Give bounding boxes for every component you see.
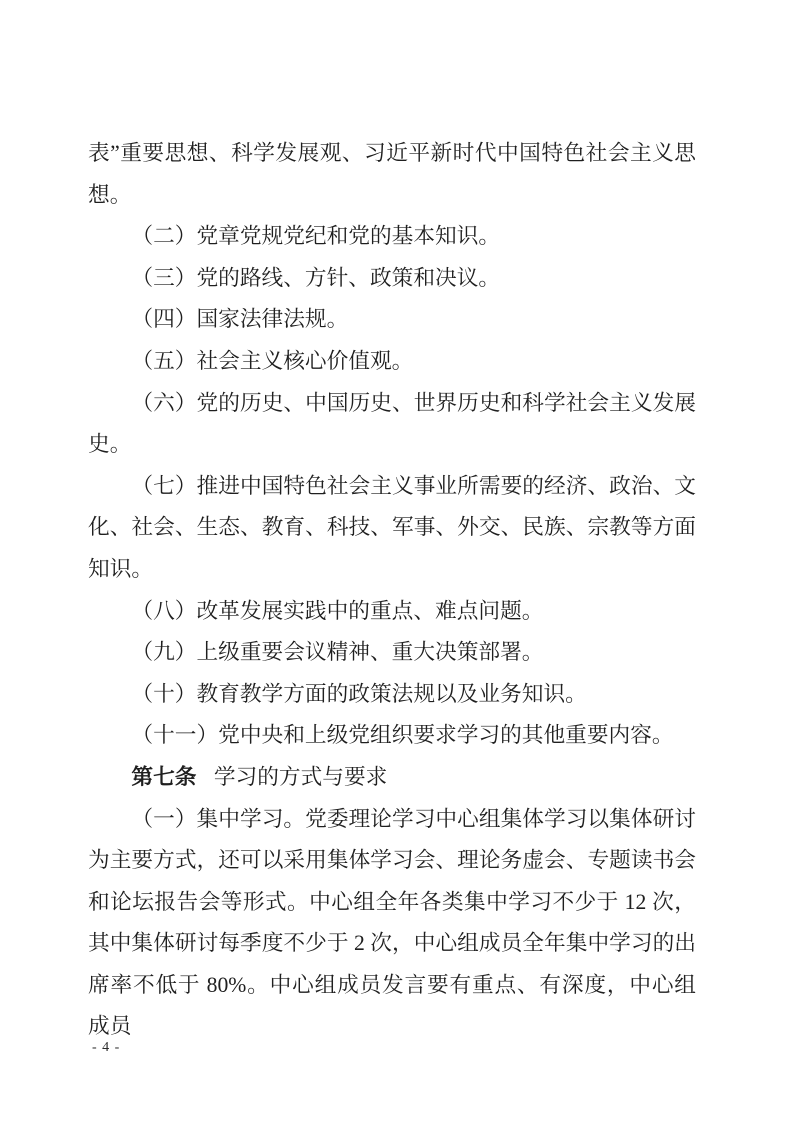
paragraph-item-6: （六）党的历史、中国历史、世界历史和科学社会主义发展史。 [88,383,696,466]
paragraph-item-5: （五）社会主义核心价值观。 [88,341,696,383]
paragraph-item-3: （三）党的路线、方针、政策和决议。 [88,258,696,300]
paragraph-continuation: 表”重要思想、科学发展观、习近平新时代中国特色社会主义思想。 [88,133,696,216]
document-content: 表”重要思想、科学发展观、习近平新时代中国特色社会主义思想。 （二）党章党规党纪… [88,133,696,1048]
paragraph-body: （一）集中学习。党委理论学习中心组集体学习以集体研讨为主要方式，还可以采用集体学… [88,799,696,1049]
document-page: 表”重要思想、科学发展观、习近平新时代中国特色社会主义思想。 （二）党章党规党纪… [0,0,793,1122]
paragraph-item-10: （十）教育教学方面的政策法规以及业务知识。 [88,674,696,716]
paragraph-item-11: （十一）党中央和上级党组织要求学习的其他重要内容。 [88,715,696,757]
paragraph-item-8: （八）改革发展实践中的重点、难点问题。 [88,591,696,633]
paragraph-item-7: （七）推进中国特色社会主义事业所需要的经济、政治、文化、社会、生态、教育、科技、… [88,466,696,591]
paragraph-item-9: （九）上级重要会议精神、重大决策部署。 [88,632,696,674]
article-title: 学习的方式与要求 [214,765,388,789]
article-heading: 第七条学习的方式与要求 [88,757,696,799]
article-number: 第七条 [131,765,196,789]
paragraph-item-2: （二）党章党规党纪和党的基本知识。 [88,216,696,258]
page-number: - 4 - [92,1038,120,1058]
paragraph-item-4: （四）国家法律法规。 [88,299,696,341]
